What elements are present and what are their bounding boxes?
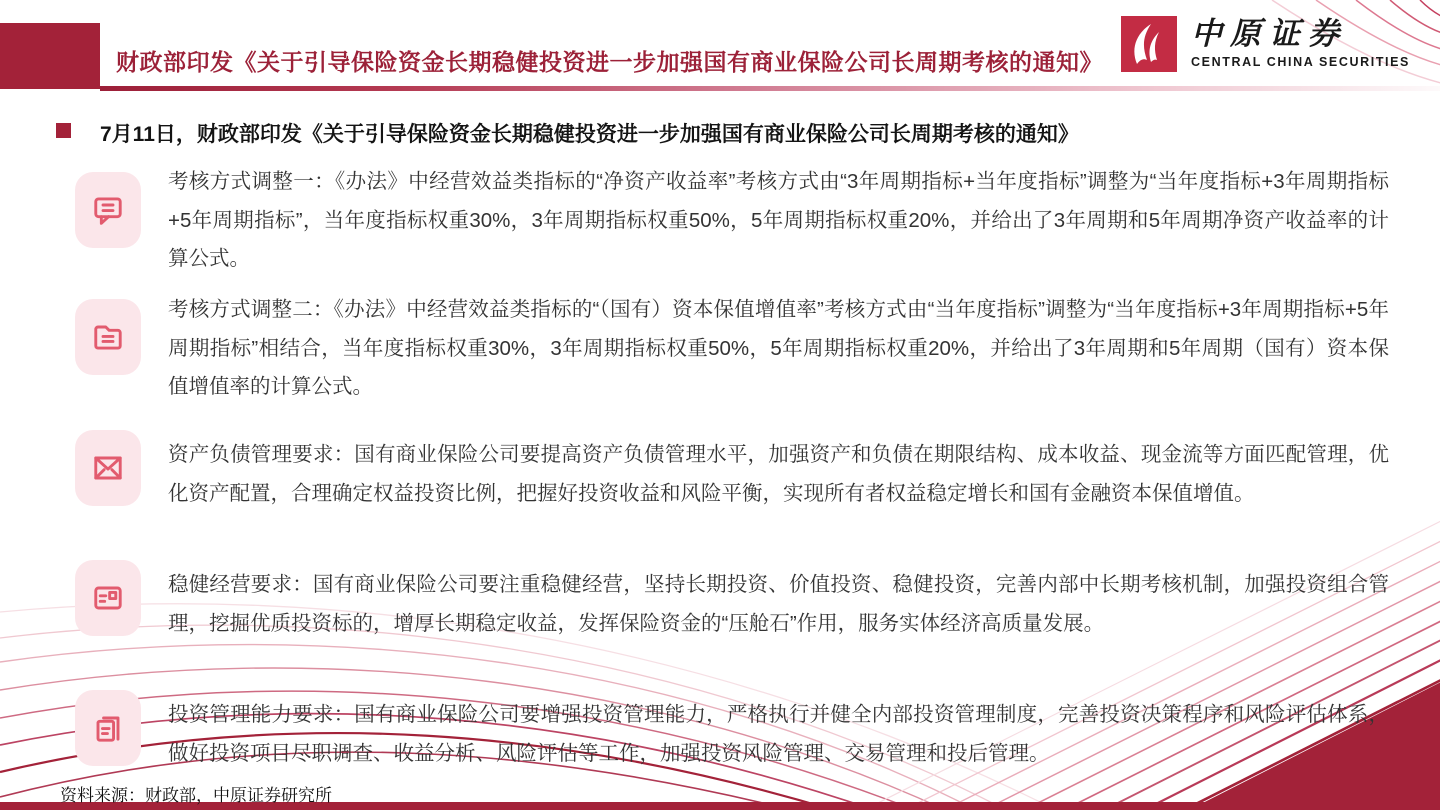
page-title: 财政部印发《关于引导保险资金长期稳健投资进一步加强国有商业保险公司长周期考核的通… xyxy=(116,44,1216,77)
block-text-prudent-operation: 稳健经营要求：国有商业保险公司要注重稳健经营，坚持长期投资、价值投资、稳健投资，… xyxy=(168,566,1389,643)
block-text-assessment-2: 考核方式调整二：《办法》中经营效益类指标的“（国有）资本保值增值率”考核方式由“… xyxy=(168,291,1389,407)
logo-english-name: CENTRAL CHINA SECURITIES xyxy=(1191,55,1410,69)
logo-text: 中原证券 CENTRAL CHINA SECURITIES xyxy=(1191,16,1410,69)
comment-icon xyxy=(75,172,141,248)
header-accent-block xyxy=(0,23,100,89)
folder-icon xyxy=(75,299,141,375)
logo-brush-mark-icon xyxy=(1121,16,1177,72)
headline-text: 7月11日，财政部印发《关于引导保险资金长期稳健投资进一步加强国有商业保险公司长… xyxy=(100,118,1340,148)
block-text-asset-liability: 资产负债管理要求：国有商业保险公司要提高资产负债管理水平，加强资产和负债在期限结… xyxy=(168,436,1389,513)
slide: 财政部印发《关于引导保险资金长期稳健投资进一步加强国有商业保险公司长周期考核的通… xyxy=(0,0,1440,810)
block-text-investment-capability: 投资管理能力要求：国有商业保险公司要增强投资管理能力，严格执行并健全内部投资管理… xyxy=(168,696,1389,773)
envelope-icon xyxy=(75,430,141,506)
company-logo: 中原证券 CENTRAL CHINA SECURITIES xyxy=(1121,16,1410,72)
block-text-assessment-1: 考核方式调整一：《办法》中经营效益类指标的“净资产收益率”考核方式由“3年周期指… xyxy=(168,163,1389,279)
logo-chinese-name: 中原证券 xyxy=(1191,16,1410,52)
source-note: 资料来源：财政部，中原证券研究所 xyxy=(60,781,332,806)
bullet-square-marker xyxy=(56,123,71,138)
card-icon xyxy=(75,560,141,636)
documents-icon xyxy=(75,690,141,766)
title-underline xyxy=(100,86,1440,91)
